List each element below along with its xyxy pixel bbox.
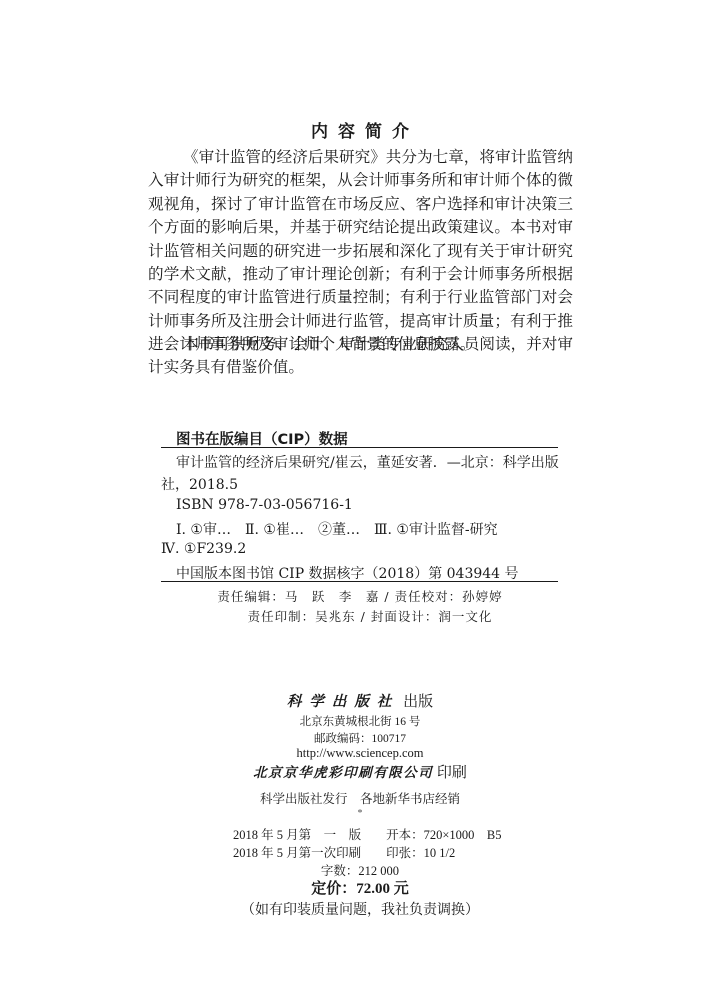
credits-editors: 责任编辑：马 跃 李 嘉 / 责任校对：孙婷婷 (0, 587, 720, 605)
publisher-postcode: 邮政编码：100717 (0, 730, 720, 746)
printer-name: 北京京华虎彩印刷有限公司 (253, 765, 433, 781)
cip-line-record-number: 中国版本图书馆 CIP 数据核字（2018）第 043944 号 (176, 563, 519, 583)
printing-line: 2018 年 5 月第一次印刷 印张：10 1/2 (233, 843, 455, 861)
credits-production: 责任印制：吴兆东 / 封面设计：润一文化 (10, 607, 720, 625)
cip-line-subjects: Ⅰ. ①审… Ⅱ. ①崔… ②董… Ⅲ. ①审计监督-研究 (176, 519, 498, 539)
paragraph-text: 本书可供财务、会计、审计类专业研究人员阅读，并对审计实务具有借鉴价值。 (148, 335, 573, 376)
cip-line-classification: Ⅳ. ①F239.2 (161, 541, 246, 557)
publisher-suffix: 出版 (399, 694, 433, 710)
separator-asterisk: * (0, 808, 720, 819)
edition-line: 2018 年 5 月第 一 版 开本：720×1000 B5 (233, 825, 502, 843)
publisher-line: 科学出版社 出版 (0, 690, 720, 711)
cip-line-publisher: 社，2018.5 (161, 474, 238, 494)
printer-line: 北京京华虎彩印刷有限公司 印刷 (0, 761, 720, 782)
paragraph-text: 《审计监管的经济后果研究》共分为七章，将审计监管纳入审计师行为研究的框架，从会计… (148, 148, 573, 353)
cip-heading: 图书在版编目（CIP）数据 (176, 428, 348, 449)
price: 定价：72.00 元 (0, 877, 720, 898)
cip-top-rule (161, 447, 558, 448)
summary-paragraph-2: 本书可供财务、会计、审计类专业研究人员阅读，并对审计实务具有借鉴价值。 (148, 333, 573, 380)
summary-paragraph-1: 《审计监管的经济后果研究》共分为七章，将审计监管纳入审计师行为研究的框架，从会计… (148, 146, 573, 357)
printer-suffix: 印刷 (433, 765, 467, 781)
distribution-line: 科学出版社发行 各地新华书店经销 (0, 789, 720, 807)
publisher-url: http://www.sciencep.com (0, 746, 720, 761)
quality-note: （如有印装质量问题，我社负责调换） (0, 899, 720, 919)
publisher-name: 科学出版社 (287, 693, 400, 710)
publisher-address: 北京东黄城根北街 16 号 (0, 713, 720, 729)
cip-line-isbn: ISBN 978-7-03-056716-1 (176, 497, 353, 513)
cip-bottom-rule (161, 581, 558, 582)
summary-title: 内容简介 (0, 117, 720, 142)
cip-line-title: 审计监管的经济后果研究/崔云，董延安著．—北京：科学出版 (176, 452, 559, 472)
